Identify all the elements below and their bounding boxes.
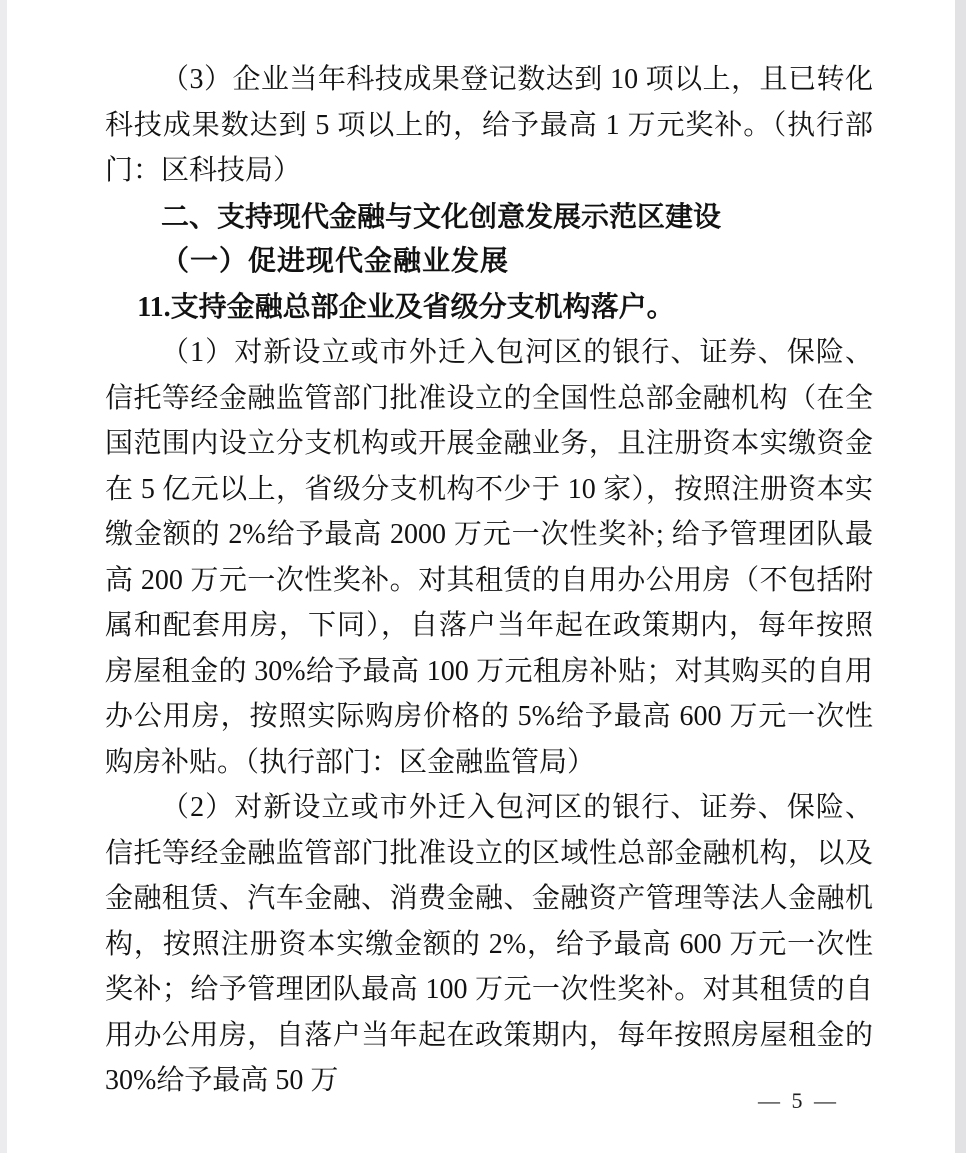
left-page-gutter	[0, 0, 7, 1153]
subsection-heading-1: （一）促进现代金融业发展	[105, 239, 873, 285]
document-text: （3）企业当年科技成果登记数达到 10 项以上，且已转化科技成果数达到 5 项以…	[105, 57, 873, 1104]
paragraph-item-3: （3）企业当年科技成果登记数达到 10 项以上，且已转化科技成果数达到 5 项以…	[105, 57, 873, 194]
clause-heading-11: 11.支持金融总部企业及省级分支机构落户。	[105, 285, 873, 331]
right-page-gutter	[955, 0, 966, 1153]
paragraph-item-1: （1）对新设立或市外迁入包河区的银行、证券、保险、信托等经金融监管部门批准设立的…	[105, 330, 873, 785]
document-page: （3）企业当年科技成果登记数达到 10 项以上，且已转化科技成果数达到 5 项以…	[7, 0, 955, 1153]
page-number: — 5 —	[758, 1088, 839, 1114]
paragraph-item-2: （2）对新设立或市外迁入包河区的银行、证券、保险、信托等经金融监管部门批准设立的…	[105, 785, 873, 1104]
section-heading-2: 二、支持现代金融与文化创意发展示范区建设	[105, 194, 873, 240]
